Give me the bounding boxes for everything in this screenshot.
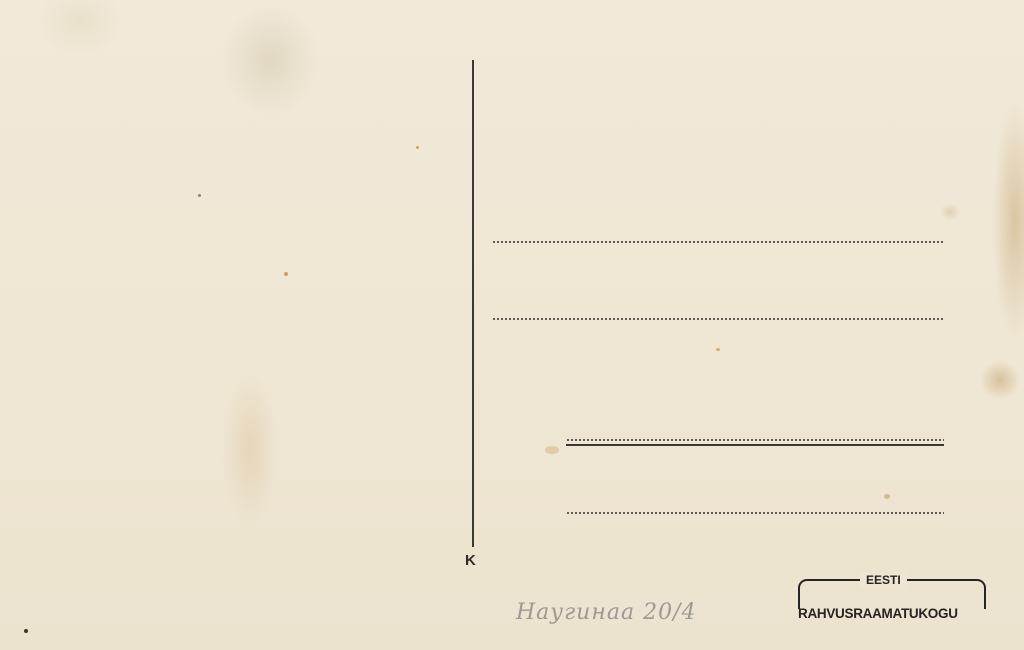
foxing-spot xyxy=(545,446,559,454)
foxing-spot xyxy=(24,629,28,633)
stamp-bottom-text: RAHVUSRAAMATUKOGU xyxy=(798,606,958,621)
foxing-spot xyxy=(884,494,890,499)
address-line-2 xyxy=(492,318,944,320)
foxing-spot xyxy=(284,272,288,276)
handwritten-note: Наугинаа 20/4 xyxy=(516,600,696,625)
address-divider-line xyxy=(472,60,474,547)
address-line-3 xyxy=(566,439,944,441)
address-line-3-underline xyxy=(566,444,944,446)
foxing-spot xyxy=(198,194,201,197)
foxing-spot xyxy=(416,146,419,149)
postcard-back: K EESTI RAHVUSRAAMATUKOGU Наугинаа 20/4 xyxy=(0,0,1024,650)
address-line-1 xyxy=(492,241,944,243)
foxing-spot xyxy=(716,348,720,351)
stamp-top-text: EESTI xyxy=(860,573,907,587)
library-stamp: EESTI RAHVUSRAAMATUKOGU xyxy=(798,573,986,628)
divider-label: K xyxy=(465,552,476,569)
address-line-4 xyxy=(566,512,944,514)
